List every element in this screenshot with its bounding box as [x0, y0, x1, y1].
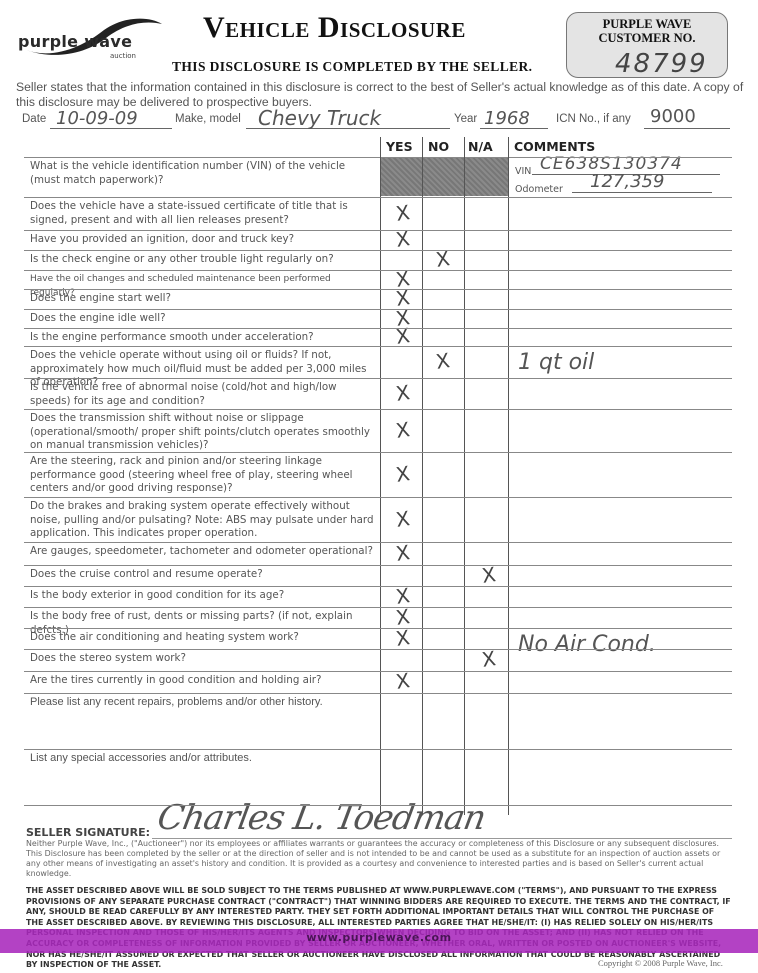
comment-text[interactable]: 1 qt oil — [518, 350, 594, 375]
customer-number-box: PURPLE WAVE CUSTOMER NO. 48799 — [566, 12, 728, 78]
date-field[interactable]: 10-09-09 — [56, 108, 138, 129]
row-divider — [24, 328, 732, 329]
question-text: Does the air conditioning and heating sy… — [30, 631, 376, 645]
odometer-label: Odometer — [515, 184, 563, 195]
answer-check-yes[interactable]: X — [395, 228, 411, 250]
question-text: Is the vehicle free of abnormal noise (c… — [30, 381, 376, 408]
seller-signature-label: SELLER SIGNATURE: — [26, 826, 150, 839]
logo-brand-text: purple wave — [18, 32, 132, 51]
make-model-label: Make, model — [175, 113, 241, 125]
col-no-header: NO — [428, 139, 449, 154]
answer-check-yes[interactable]: X — [395, 627, 411, 649]
question-text: Please list any recent repairs, problems… — [30, 696, 376, 710]
vin-shaded-cells — [380, 158, 508, 196]
answer-check-yes[interactable]: X — [395, 382, 411, 404]
question-text: Have you provided an ignition, door and … — [30, 233, 376, 247]
row-divider — [24, 805, 732, 806]
col-yes-header: YES — [386, 139, 413, 154]
answer-check-yes[interactable]: X — [395, 585, 411, 607]
table-divider — [24, 157, 732, 158]
row-divider — [24, 649, 732, 650]
row-divider — [24, 289, 732, 290]
vin-label: VIN — [515, 166, 531, 177]
answer-check-yes[interactable]: X — [395, 419, 411, 441]
question-text: List any special accessories and/or attr… — [30, 752, 376, 766]
question-text: Does the engine idle well? — [30, 312, 376, 326]
question-text: Does the vehicle have a state-issued cer… — [30, 200, 376, 227]
page-title: Vehicle Disclosure — [203, 11, 466, 45]
column-divider — [464, 137, 465, 815]
year-label: Year — [454, 113, 477, 125]
question-text: Does the cruise control and resume opera… — [30, 568, 376, 582]
col-na-header: N/A — [468, 139, 493, 154]
column-divider — [380, 137, 381, 815]
column-divider — [508, 137, 509, 815]
row-divider — [24, 671, 732, 672]
row-divider — [24, 270, 732, 271]
logo-sub-text: auction — [110, 52, 136, 60]
row-divider — [24, 230, 732, 231]
answer-check-na[interactable]: X — [481, 564, 497, 586]
row-divider — [24, 607, 732, 608]
question-text: What is the vehicle identification numbe… — [30, 160, 376, 187]
question-text: Are the tires currently in good conditio… — [30, 674, 376, 688]
row-divider — [24, 378, 732, 379]
col-comments-header: COMMENTS — [514, 139, 595, 154]
row-divider — [24, 452, 732, 453]
answer-check-yes[interactable]: X — [395, 670, 411, 692]
customer-number-value[interactable]: 48799 — [615, 49, 708, 79]
question-text: Are the steering, rack and pinion and/or… — [30, 455, 376, 496]
copyright-text: Copyright © 2008 Purple Wave, Inc. — [598, 958, 723, 968]
question-text: Do the brakes and braking system operate… — [30, 500, 376, 541]
watermark-url[interactable]: www.purplewave.com — [0, 931, 758, 944]
row-divider — [24, 693, 732, 694]
icn-label: ICN No., if any — [556, 113, 631, 125]
icn-field[interactable]: 9000 — [650, 106, 696, 127]
row-divider — [24, 409, 732, 410]
answer-check-yes[interactable]: X — [395, 508, 411, 530]
question-text: Is the body exterior in good condition f… — [30, 589, 376, 603]
year-field[interactable]: 1968 — [484, 108, 530, 129]
question-text: Does the engine start well? — [30, 292, 376, 306]
question-text: Does the stereo system work? — [30, 652, 376, 666]
comment-text[interactable]: No Air Cond. — [518, 632, 656, 657]
purple-wave-logo: purple wave auction — [14, 14, 164, 64]
date-label: Date — [22, 113, 46, 125]
row-divider — [24, 250, 732, 251]
question-text: Does the transmission shift without nois… — [30, 412, 376, 453]
seller-statement: Seller states that the information conta… — [16, 80, 756, 110]
question-text: Is the engine performance smooth under a… — [30, 331, 376, 345]
answer-check-no[interactable]: X — [435, 248, 451, 270]
row-divider — [24, 309, 732, 310]
answer-check-yes[interactable]: X — [395, 463, 411, 485]
answer-check-yes[interactable]: X — [395, 606, 411, 628]
question-text: Is the check engine or any other trouble… — [30, 253, 376, 267]
page-subtitle: THIS DISCLOSURE IS COMPLETED BY THE SELL… — [172, 59, 532, 75]
column-divider — [422, 137, 423, 815]
customer-box-label-2: CUSTOMER NO. — [567, 31, 727, 46]
answer-check-yes[interactable]: X — [395, 202, 411, 224]
disclaimer-text: Neither Purple Wave, Inc., ("Auctioneer"… — [26, 839, 734, 879]
row-divider — [24, 542, 732, 543]
question-text: Are gauges, speedometer, tachometer and … — [30, 545, 376, 559]
make-model-field[interactable]: Chevy Truck — [258, 106, 381, 130]
odometer-field[interactable]: 127,359 — [590, 171, 664, 192]
row-divider — [24, 497, 732, 498]
row-divider — [24, 346, 732, 347]
customer-box-label-1: PURPLE WAVE — [567, 17, 727, 32]
row-divider — [24, 749, 732, 750]
row-divider — [24, 197, 732, 198]
row-divider — [24, 628, 732, 629]
answer-check-yes[interactable]: X — [395, 542, 411, 564]
answer-check-na[interactable]: X — [481, 648, 497, 670]
answer-check-no[interactable]: X — [435, 350, 451, 372]
row-divider — [24, 586, 732, 587]
row-divider — [24, 565, 732, 566]
